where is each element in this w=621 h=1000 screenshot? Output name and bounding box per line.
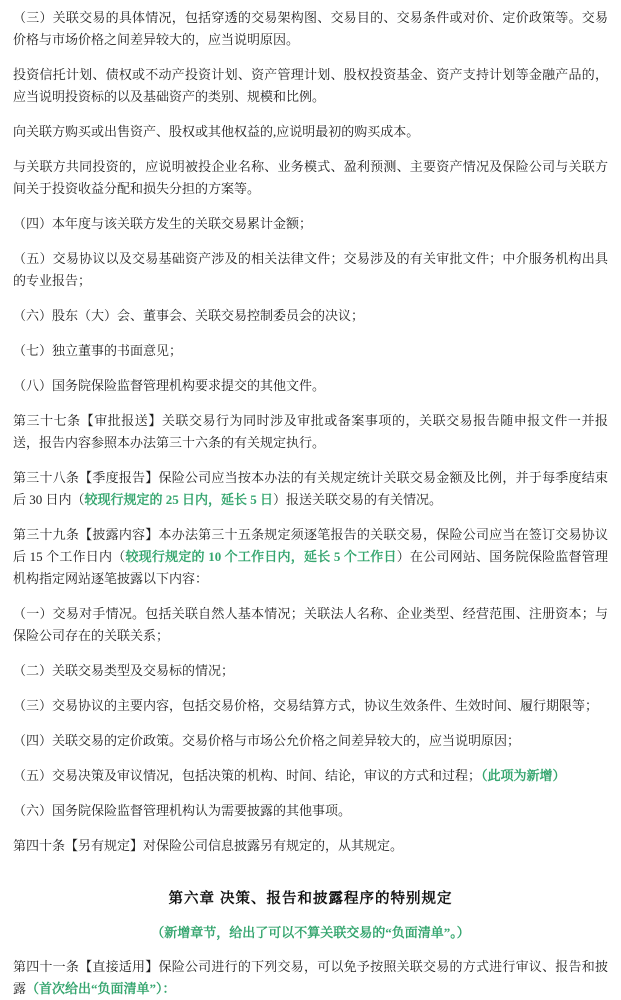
text-segment: （五）交易决策及审议情况，包括决策的机构、时间、结论，审议的方式和过程； <box>13 768 481 783</box>
disclosure-item-1: （一）交易对手情况。包括关联自然人基本情况；关联法人名称、企业类型、经营范围、注… <box>13 603 608 647</box>
chapter-6-annotation: （新增章节，给出了可以不算关联交易的“负面清单”。） <box>13 922 608 944</box>
article-40-paragraph: 第四十条【另有规定】对保险公司信息披露另有规定的，从其规定。 <box>13 835 608 857</box>
clause-7-paragraph: （七）独立董事的书面意见； <box>13 340 608 362</box>
article-39-paragraph: 第三十九条【披露内容】本办法第三十五条规定须逐笔报告的关联交易，保险公司应当在签… <box>13 524 608 590</box>
article-38-paragraph: 第三十八条【季度报告】保险公司应当按本办法的有关规定统计关联交易金额及比例，并于… <box>13 467 608 511</box>
highlight-segment: 较现行规定的 10 个工作日内，延长 5 个工作日 <box>125 549 396 564</box>
clause-3-paragraph: （三）关联交易的具体情况，包括穿透的交易架构图、交易目的、交易条件或对价、定价政… <box>13 7 608 51</box>
joint-investment-paragraph: 与关联方共同投资的，应说明被投企业名称、业务模式、盈利预测、主要资产情况及保险公… <box>13 156 608 200</box>
clause-4-paragraph: （四）本年度与该关联方发生的关联交易累计金额； <box>13 213 608 235</box>
highlight-segment: （此项为新增） <box>481 768 566 783</box>
disclosure-item-5: （五）交易决策及审议情况，包括决策的机构、时间、结论，审议的方式和过程；（此项为… <box>13 765 608 787</box>
disclosure-item-3: （三）交易协议的主要内容，包括交易价格，交易结算方式，协议生效条件、生效时间、履… <box>13 695 608 717</box>
text-segment: ）报送关联交易的有关情况。 <box>273 492 442 507</box>
article-37-paragraph: 第三十七条【审批报送】关联交易行为同时涉及审批或备案事项的，关联交易报告随申报文… <box>13 410 608 454</box>
clause-6-paragraph: （六）股东（大）会、董事会、关联交易控制委员会的决议； <box>13 305 608 327</box>
document-page: （三）关联交易的具体情况，包括穿透的交易架构图、交易目的、交易条件或对价、定价政… <box>0 0 621 1000</box>
highlight-segment: （首次给出“负面清单”）： <box>26 981 176 996</box>
clause-8-paragraph: （八）国务院保险监督管理机构要求提交的其他文件。 <box>13 375 608 397</box>
article-41-paragraph: 第四十一条【直接适用】保险公司进行的下列交易，可以免予按照关联交易的方式进行审议… <box>13 956 608 1000</box>
financial-products-paragraph: 投资信托计划、债权或不动产投资计划、资产管理计划、股权投资基金、资产支持计划等金… <box>13 64 608 108</box>
disclosure-item-6: （六）国务院保险监督管理机构认为需要披露的其他事项。 <box>13 800 608 822</box>
purchase-cost-paragraph: 向关联方购买或出售资产、股权或其他权益的,应说明最初的购买成本。 <box>13 121 608 143</box>
highlight-segment: 较现行规定的 25 日内，延长 5 日 <box>85 492 274 507</box>
disclosure-item-2: （二）关联交易类型及交易标的情况； <box>13 660 608 682</box>
chapter-6-heading: 第六章 决策、报告和披露程序的特别规定 <box>13 888 608 910</box>
disclosure-item-4: （四）关联交易的定价政策。交易价格与市场公允价格之间差异较大的，应当说明原因； <box>13 730 608 752</box>
clause-5-paragraph: （五）交易协议以及交易基础资产涉及的相关法律文件；交易涉及的有关审批文件；中介服… <box>13 248 608 292</box>
